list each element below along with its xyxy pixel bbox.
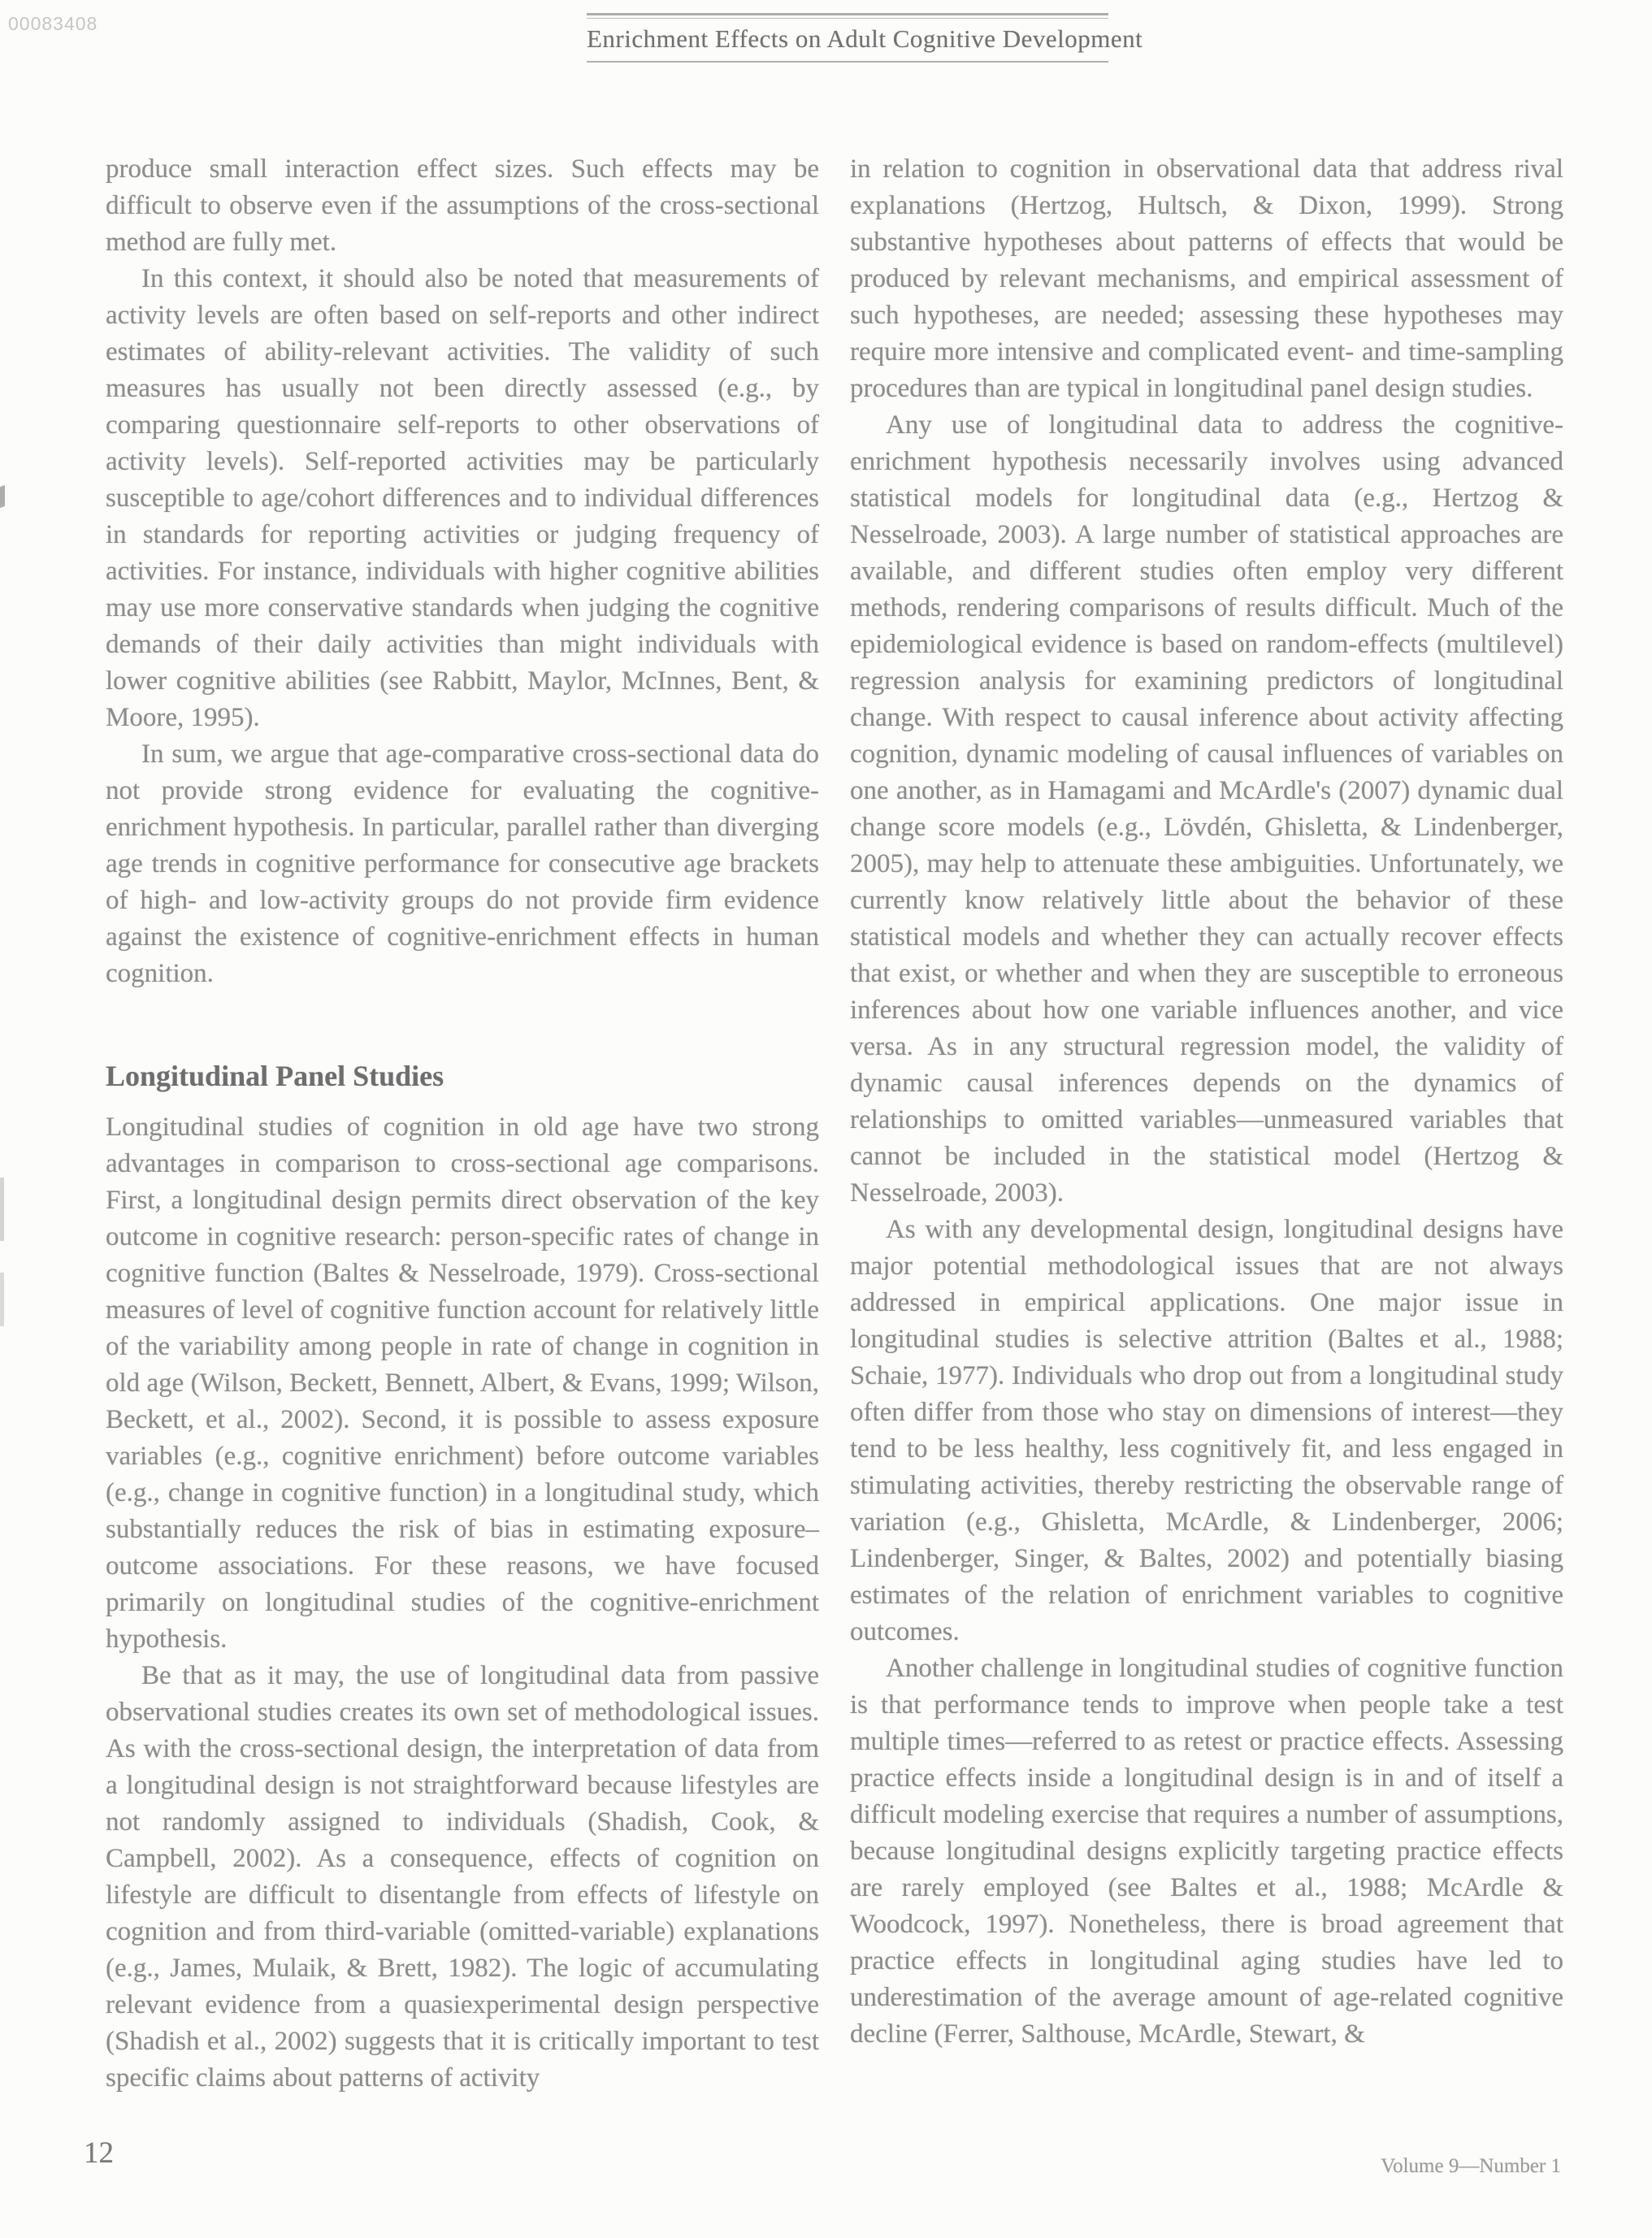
scan-id: 00083408 [8,13,98,35]
scan-artifact [0,485,5,508]
paragraph: Be that as it may, the use of longitudin… [106,1658,819,2097]
paragraph: In sum, we argue that age-comparative cr… [106,736,819,992]
scan-artifact [0,1178,4,1241]
scan-artifact [0,1273,4,1326]
paragraph: Longitudinal studies of cognition in old… [106,1109,819,1658]
paragraph: in relation to cognition in observationa… [850,151,1563,407]
paragraph: As with any developmental design, longit… [850,1212,1563,1650]
paragraph: produce small interaction effect sizes. … [106,151,819,261]
left-column: produce small interaction effect sizes. … [106,151,819,2097]
header-rule-top [587,13,1108,15]
running-head-title: Enrichment Effects on Adult Cognitive De… [587,19,1108,61]
issue-label: Volume 9—Number 1 [1381,2155,1561,2178]
page-number: 12 [84,2136,114,2171]
paragraph: In this context, it should also be noted… [106,261,819,736]
running-head: Enrichment Effects on Adult Cognitive De… [587,13,1108,63]
section-heading: Longitudinal Panel Studies [106,1059,819,1093]
paragraph: Another challenge in longitudinal studie… [850,1650,1563,2053]
page-body: produce small interaction effect sizes. … [106,151,1563,2097]
right-column: in relation to cognition in observationa… [850,151,1563,2097]
paragraph: Any use of longitudinal data to address … [850,407,1563,1212]
header-rule-bottom [587,61,1108,63]
